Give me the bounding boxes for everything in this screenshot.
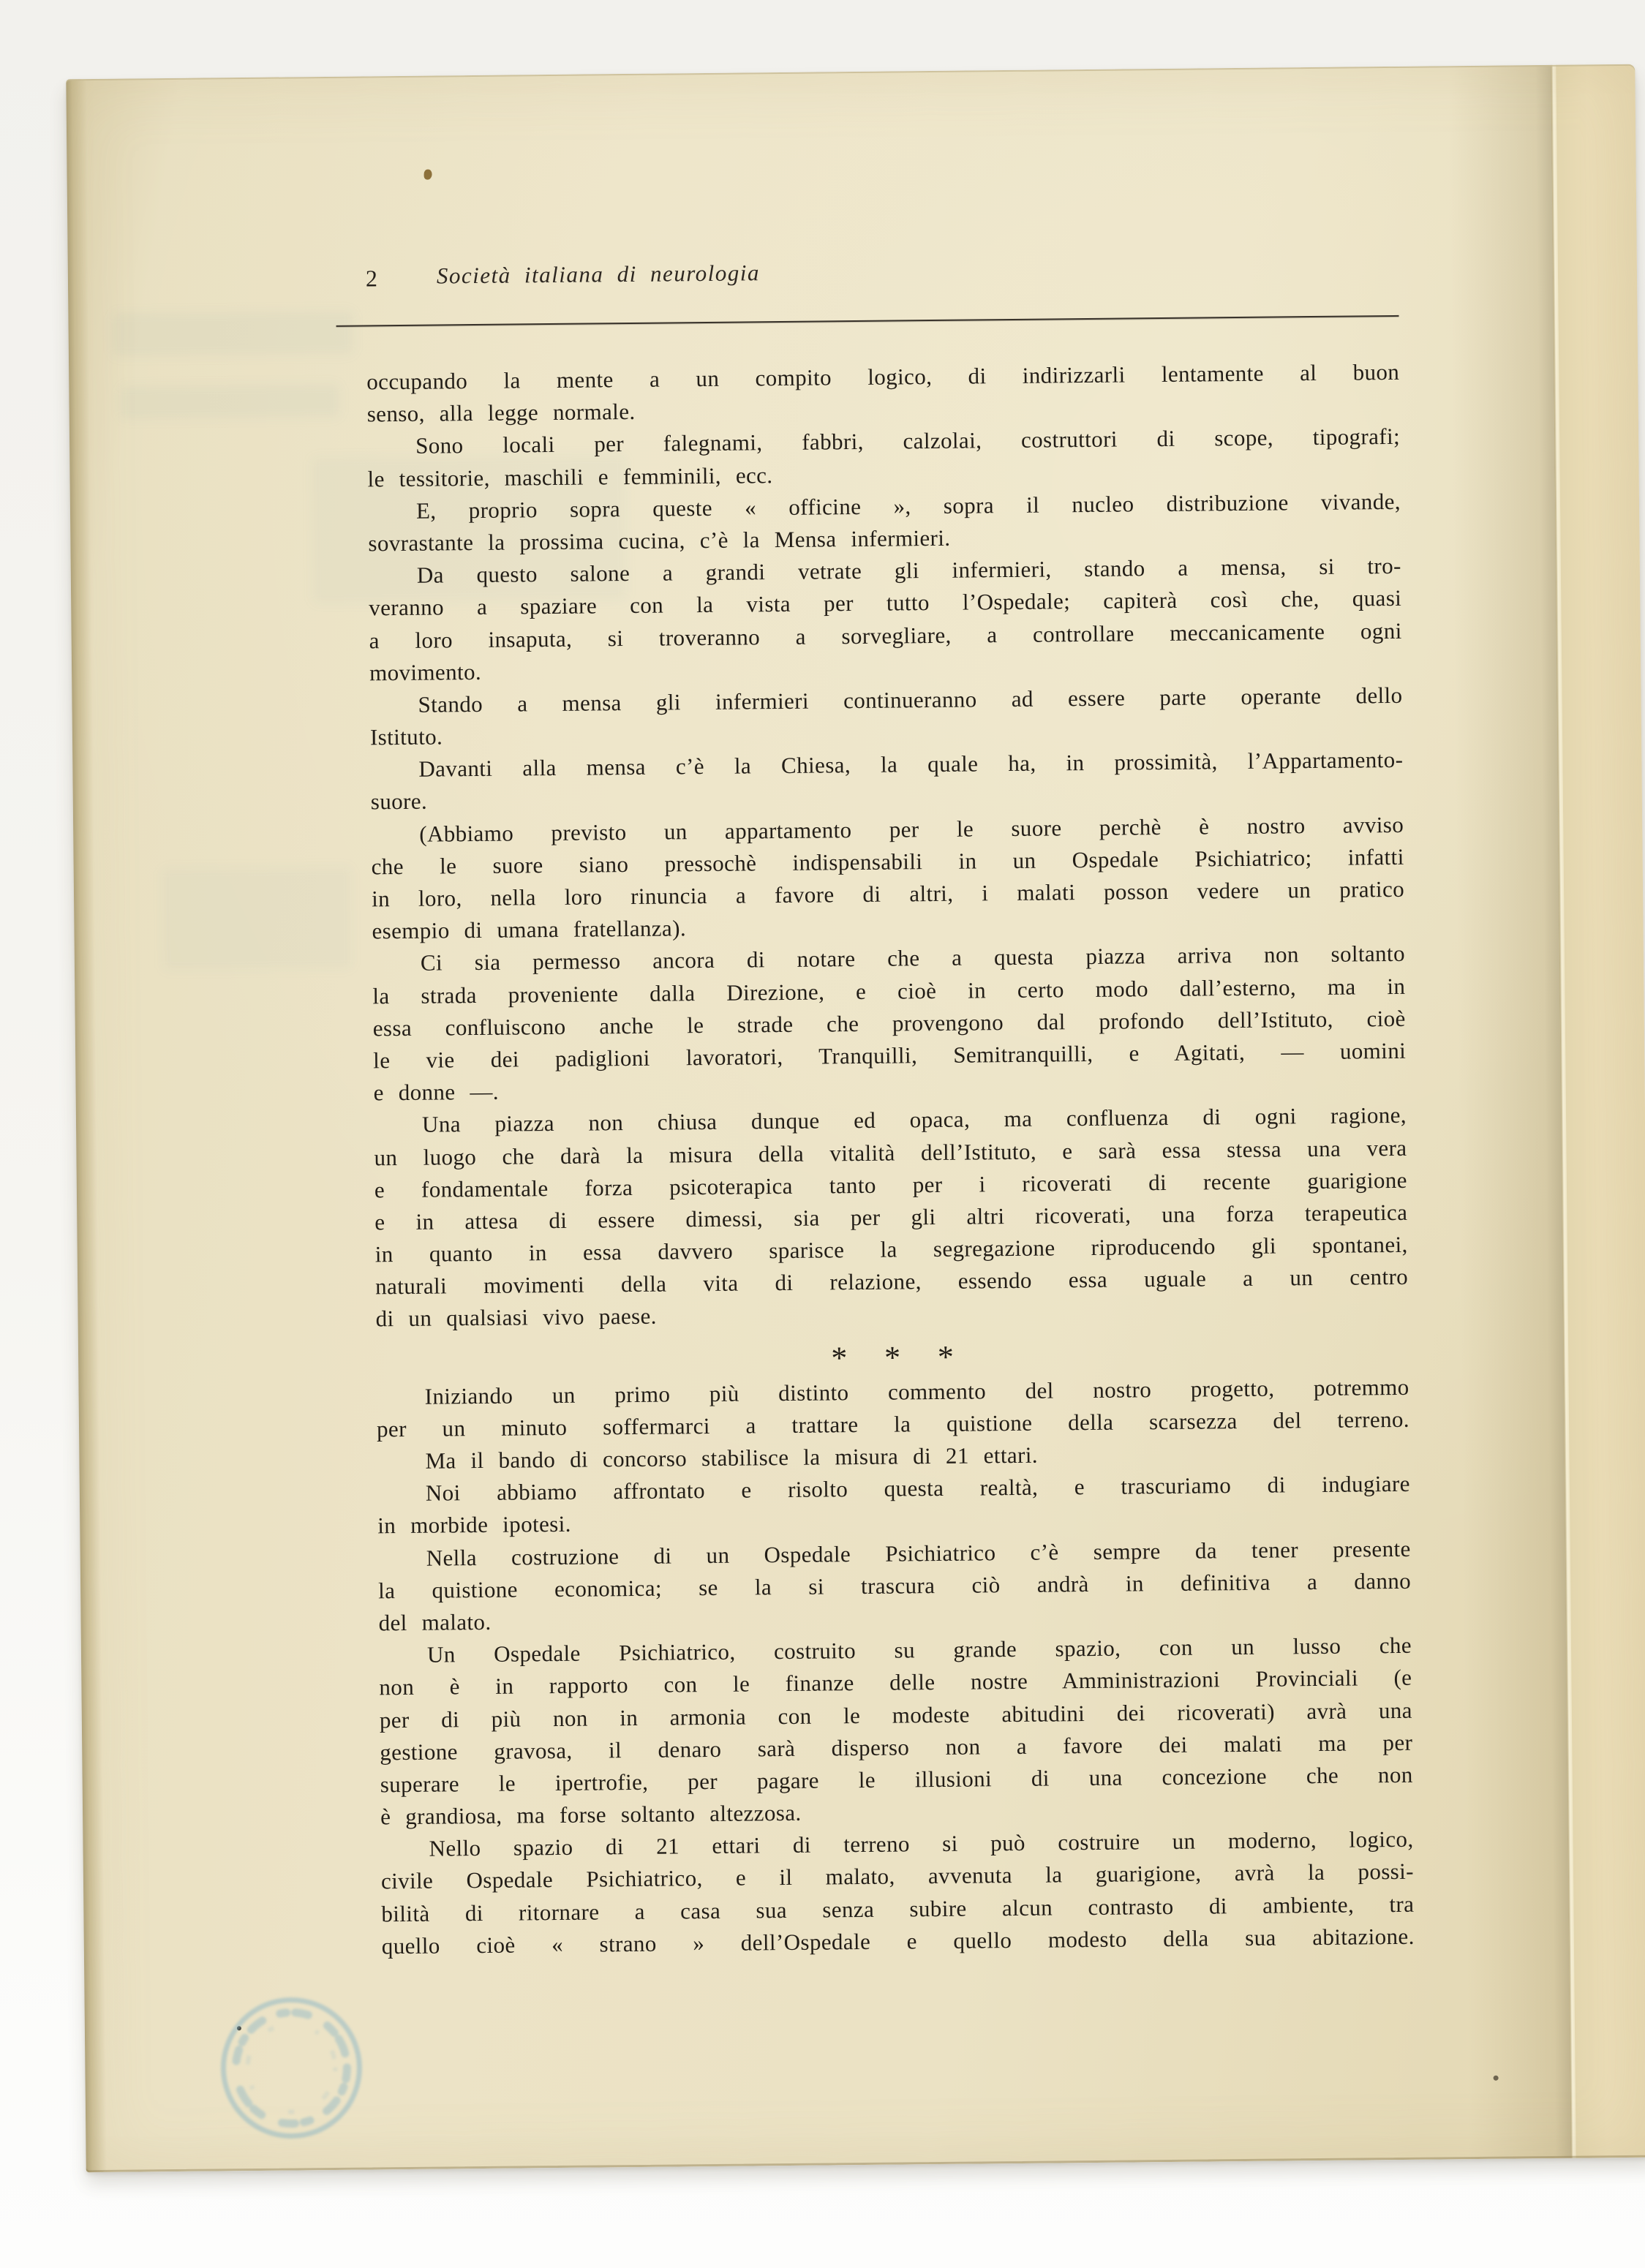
header-rule (336, 315, 1399, 327)
body-text: occupando la mente a un compito logico, … (366, 356, 1415, 1962)
running-title: Società italiana di neurologia (375, 259, 821, 290)
verso-showthrough (112, 311, 354, 357)
verso-showthrough (162, 867, 353, 971)
scanned-page: 2 Società italiana di neurologia occupan… (66, 64, 1645, 2172)
scan-background: { "header": { "page_number": "2", "runni… (0, 0, 1645, 2268)
circular-ink-stamp-icon (217, 1994, 365, 2142)
foxing-speck (424, 170, 432, 180)
page-curl-shadow (1448, 65, 1570, 2159)
verso-showthrough (120, 384, 339, 420)
